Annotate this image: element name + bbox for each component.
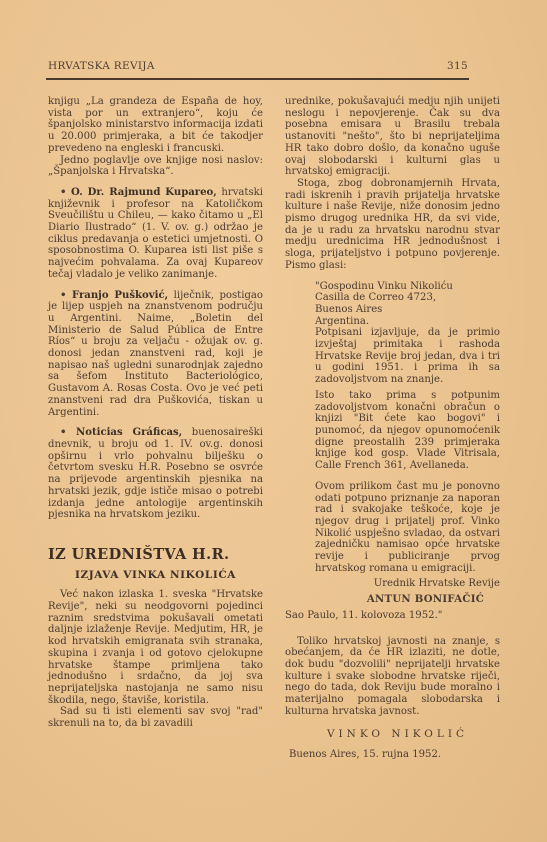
- author-place-date: Buenos Aires, 15. rujna 1952.: [285, 749, 500, 761]
- item-text: buenosaireški dnevnik, u broju od 1. IV.…: [48, 427, 263, 520]
- paragraph: Stoga, zbog dobronamjernih Hrvata, radi …: [285, 178, 500, 272]
- paragraph: Jedno poglavlje ove knjige nosi naslov: …: [48, 155, 263, 178]
- item-name: O. Dr. Rajmund Kupareo,: [71, 187, 217, 198]
- paragraph: Sad su ti isti elementi sav svoj "rad" s…: [48, 706, 263, 729]
- signature-role: Urednik Hrvatske Revije: [315, 578, 500, 590]
- paragraph: Potpisani izjavljuje, da je primio izvje…: [315, 327, 500, 386]
- paragraph: urednike, pokušavajući medju njih unijet…: [285, 96, 500, 178]
- article-title: IZJAVA VINKA NIKOLIĆA: [48, 570, 263, 582]
- letter-address: "Gospodinu Vinku Nikoliću Casilla de Cor…: [285, 281, 500, 328]
- paragraph: Ovom prilikom čast mu je ponovno odati p…: [315, 481, 500, 575]
- paragraph: Već nakon izlaska 1. sveska "Hrvatske Re…: [48, 589, 263, 706]
- item-name: Noticias Gráficas,: [76, 427, 182, 438]
- bullet-icon: •: [60, 427, 66, 438]
- address-line: "Gospodinu Vinku Nikoliću: [315, 281, 500, 293]
- paragraph: Isto tako prima s potpunim zadovoljstvom…: [315, 390, 500, 472]
- page-number: 315: [447, 60, 468, 72]
- journal-title: HRVATSKA REVIJA: [48, 60, 155, 72]
- letter-body: Potpisani izjavljuje, da je primio izvje…: [285, 327, 500, 605]
- journal-page: HRVATSKA REVIJA 315 knjigu „La grandeza …: [0, 0, 547, 842]
- item-text: hrvatski književnik i profesor na Katoli…: [48, 187, 263, 280]
- paragraph: knjigu „La grandeza de España de hoy, vi…: [48, 96, 263, 155]
- item-text: liječnik, postigao je lijep uspjeh na zn…: [48, 290, 263, 418]
- section-title: IZ UREDNIŠTVA H.R.: [48, 549, 263, 561]
- news-item-kupareo: • O. Dr. Rajmund Kupareo, hrvatski knjiž…: [48, 187, 263, 281]
- item-name: Franjo Pušković,: [72, 290, 168, 301]
- bullet-icon: •: [60, 187, 66, 198]
- letter-place-date: Sao Paulo, 11. kolovoza 1952.": [285, 610, 500, 622]
- right-column: urednike, pokušavajući medju njih unijet…: [285, 96, 500, 761]
- left-column: knjigu „La grandeza de España de hoy, vi…: [48, 96, 263, 730]
- news-item-noticias: • Noticias Gráficas, buenosaireški dnevn…: [48, 427, 263, 521]
- news-item-puskovic: • Franjo Pušković, liječnik, postigao je…: [48, 290, 263, 419]
- author-name: VINKO NIKOLIĆ: [285, 729, 500, 741]
- signature-name: ANTUN BONIFAČIĆ: [315, 594, 500, 606]
- header-rule: [46, 78, 469, 80]
- address-line: Argentina.: [315, 316, 500, 328]
- address-line: Buenos Aires: [315, 304, 500, 316]
- paragraph: Toliko hrvatskoj javnosti na znanje, s o…: [285, 636, 500, 718]
- bullet-icon: •: [60, 290, 66, 301]
- address-line: Casilla de Correo 4723,: [315, 292, 500, 304]
